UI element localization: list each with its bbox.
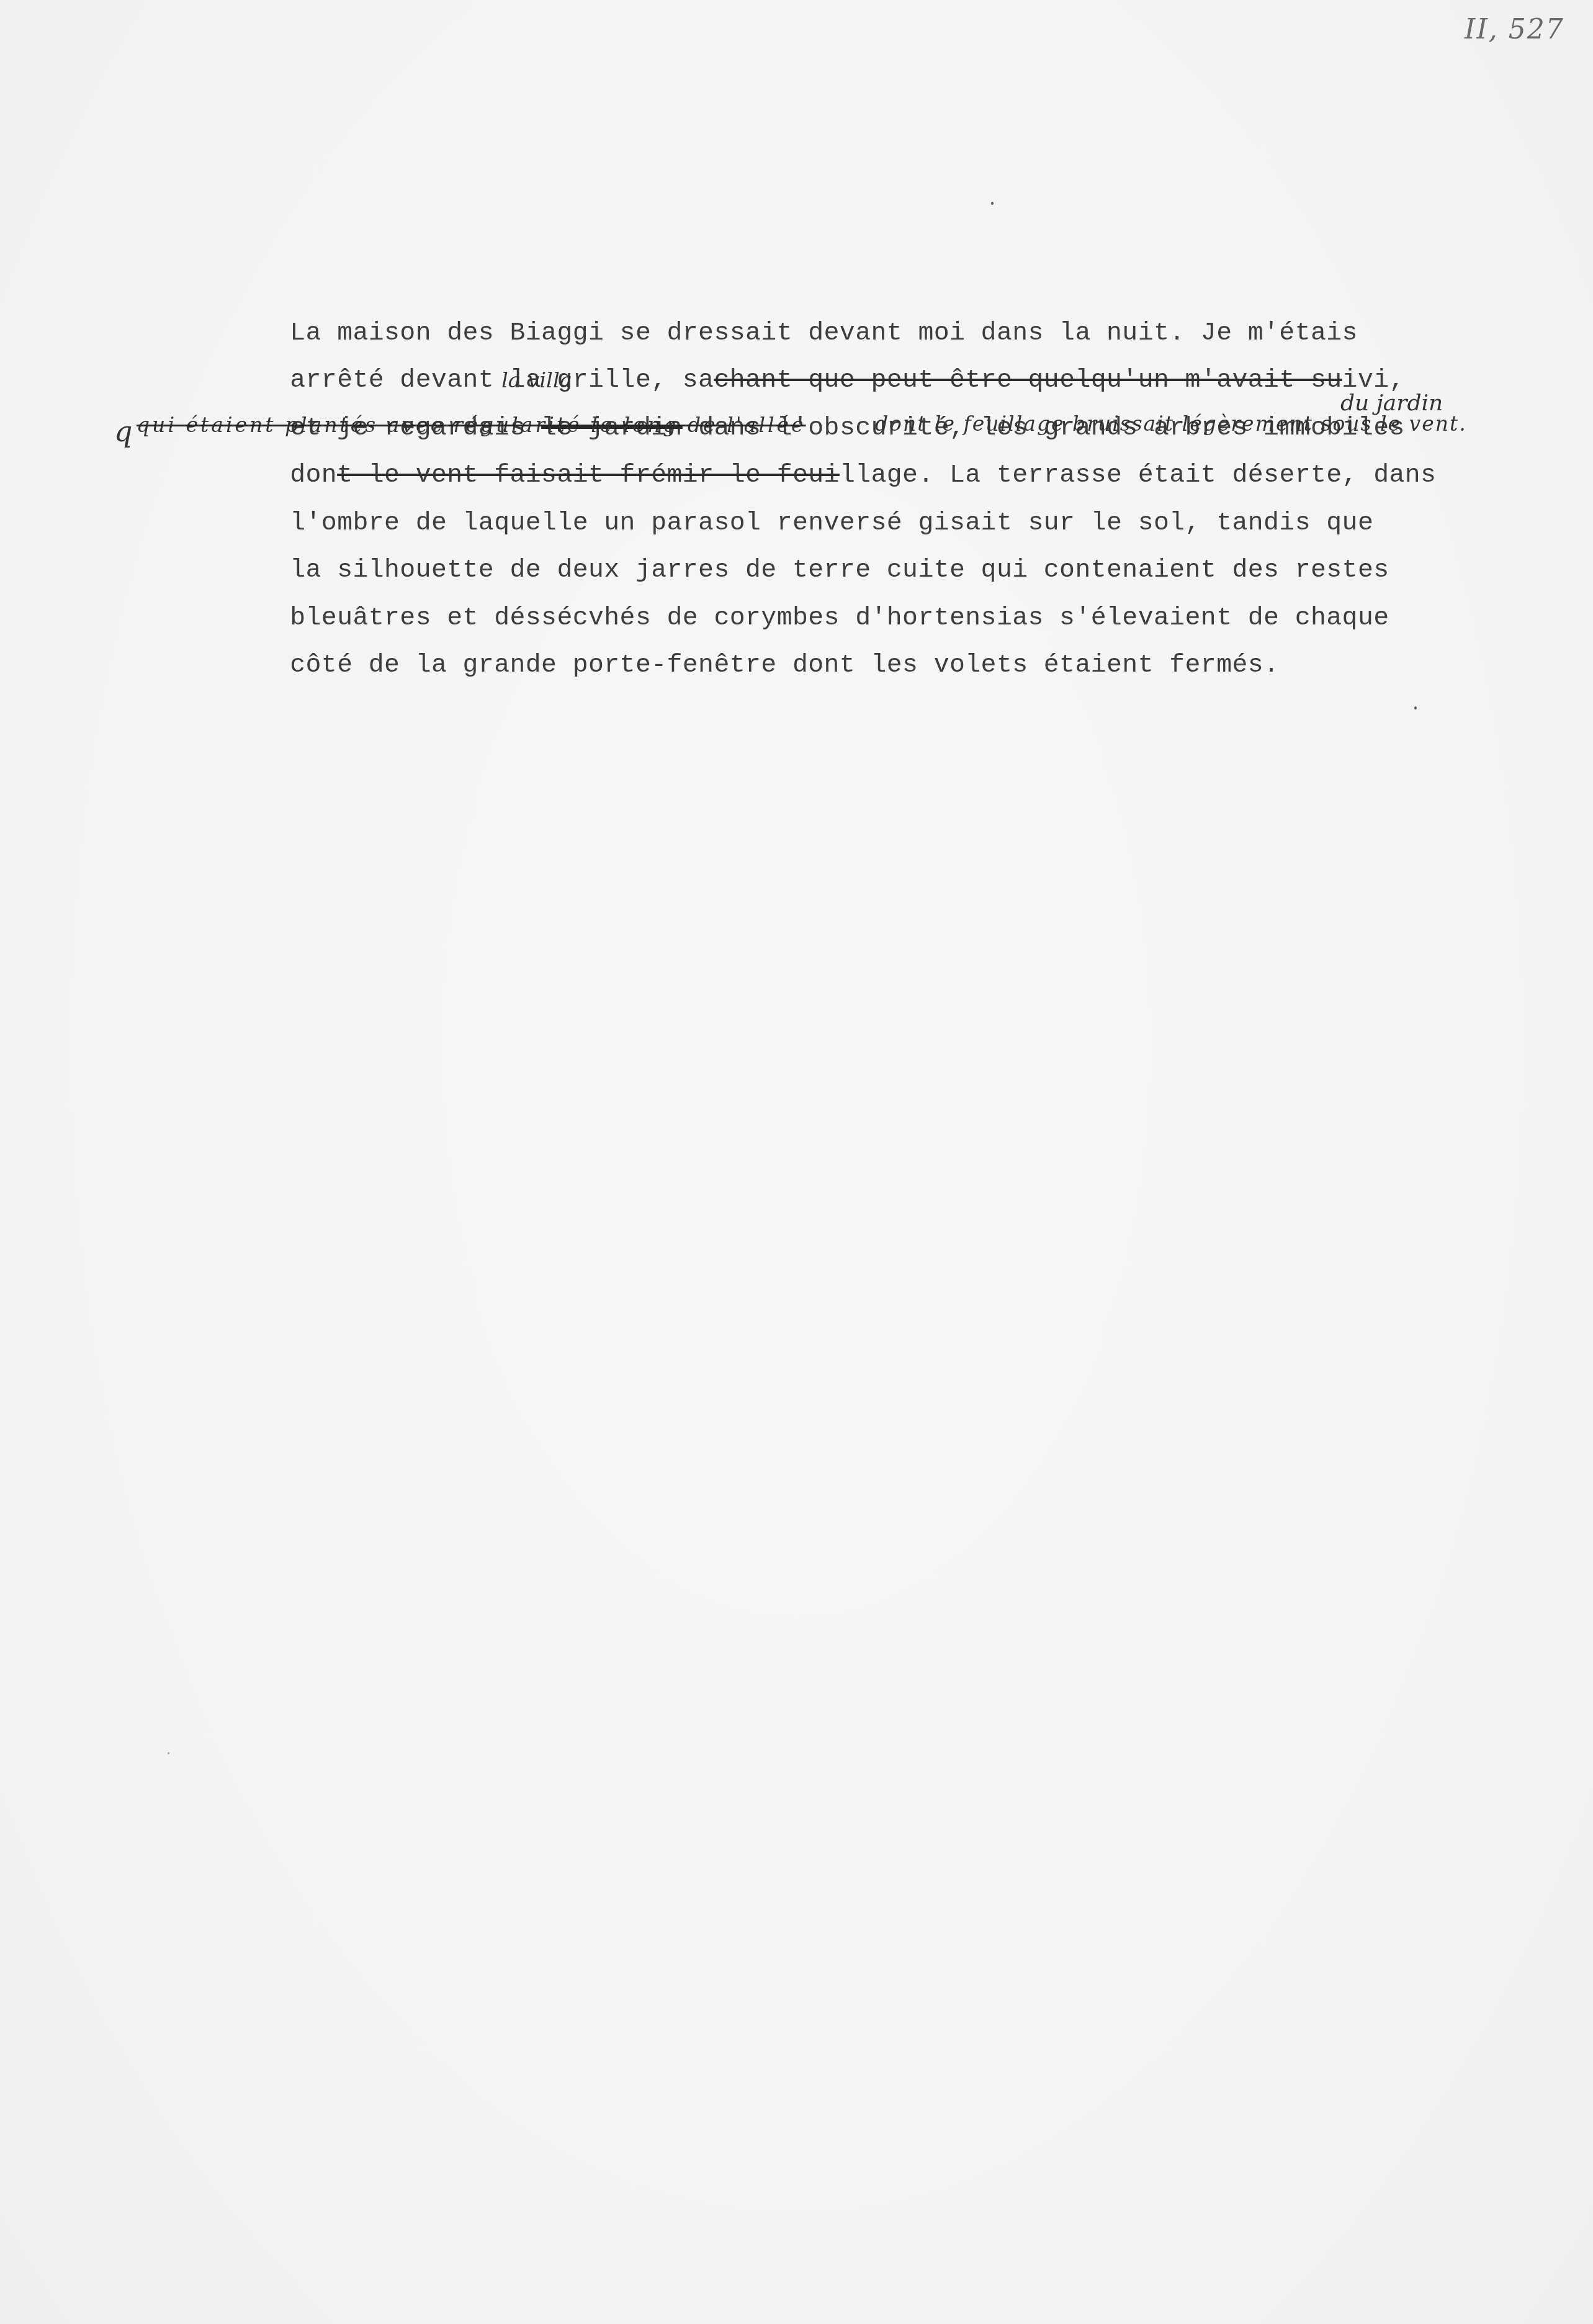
folio-number: II, 527 <box>1465 14 1564 45</box>
typed-line-8: côté de la grande porte-fenêtre dont les… <box>227 626 1279 704</box>
paper-speck <box>1414 706 1417 709</box>
paper-speck <box>991 202 994 205</box>
handwritten-insert-la-villa: la villa <box>501 370 572 391</box>
paper-speck <box>168 1752 169 1754</box>
handwritten-insertion: dont le feuillage bruissait légèrement s… <box>875 413 1467 434</box>
manuscript-page: II, 527 La maison des Biaggi se dressait… <box>0 0 1593 2324</box>
typed-text: côté de la grande porte-fenêtre dont les… <box>290 651 1279 680</box>
handwritten-struck-insertion: qui étaient plantés avec régularité le l… <box>137 415 806 435</box>
handwritten-left-mark: q <box>114 417 132 446</box>
